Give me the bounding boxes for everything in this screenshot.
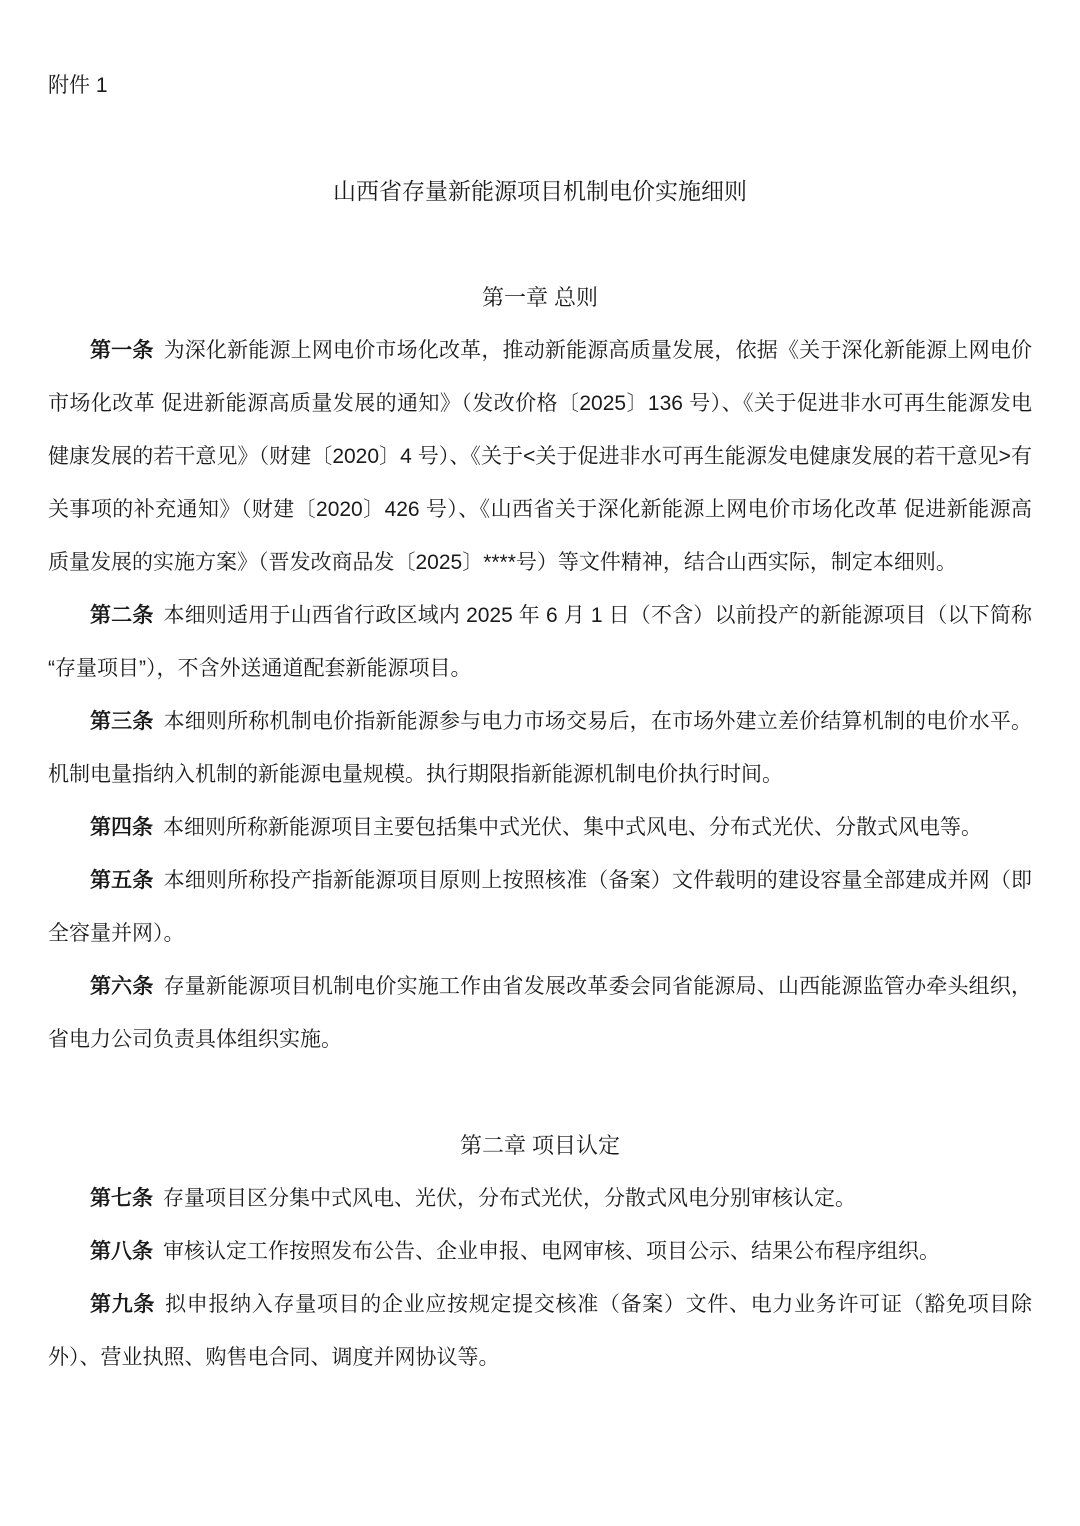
article-6: 第六条存量新能源项目机制电价实施工作由省发展改革委会同省能源局、山西能源监管办牵… xyxy=(48,960,1032,1066)
article-9-text: 拟申报纳入存量项目的企业应按规定提交核准（备案）文件、电力业务许可证（豁免项目除… xyxy=(48,1293,1032,1369)
article-7-label: 第七条 xyxy=(90,1187,153,1210)
article-3-label: 第三条 xyxy=(90,710,154,733)
article-5-label: 第五条 xyxy=(90,869,154,892)
chapter-2-heading: 第二章 项目认定 xyxy=(48,1119,1032,1172)
attachment-label: 附件 1 xyxy=(48,59,1032,112)
article-9: 第九条拟申报纳入存量项目的企业应按规定提交核准（备案）文件、电力业务许可证（豁免… xyxy=(48,1278,1032,1384)
article-3-text: 本细则所称机制电价指新能源参与电力市场交易后，在市场外建立差价结算机制的电价水平… xyxy=(48,710,1032,786)
article-7: 第七条存量项目区分集中式风电、光伏，分布式光伏，分散式风电分别审核认定。 xyxy=(48,1172,1032,1225)
article-8-label: 第八条 xyxy=(90,1240,153,1263)
article-2-text: 本细则适用于山西省行政区域内 2025 年 6 月 1 日（不含）以前投产的新能… xyxy=(48,604,1032,680)
blank-line xyxy=(48,1066,1032,1119)
chapter-1-heading: 第一章 总则 xyxy=(48,271,1032,324)
article-9-label: 第九条 xyxy=(90,1293,155,1316)
article-4-text: 本细则所称新能源项目主要包括集中式光伏、集中式风电、分布式光伏、分散式风电等。 xyxy=(163,816,982,839)
article-8-text: 审核认定工作按照发布公告、企业申报、电网审核、项目公示、结果公布程序组织。 xyxy=(163,1240,940,1263)
article-4-label: 第四条 xyxy=(90,816,153,839)
article-7-text: 存量项目区分集中式风电、光伏，分布式光伏，分散式风电分别审核认定。 xyxy=(163,1187,856,1210)
document-title: 山西省存量新能源项目机制电价实施细则 xyxy=(48,165,1032,218)
article-6-label: 第六条 xyxy=(90,975,154,998)
article-6-text: 存量新能源项目机制电价实施工作由省发展改革委会同省能源局、山西能源监管办牵头组织… xyxy=(48,975,1032,1051)
article-2-label: 第二条 xyxy=(90,604,154,627)
blank-line xyxy=(48,218,1032,271)
article-1-label: 第一条 xyxy=(90,339,154,362)
article-4: 第四条本细则所称新能源项目主要包括集中式光伏、集中式风电、分布式光伏、分散式风电… xyxy=(48,801,1032,854)
article-5: 第五条本细则所称投产指新能源项目原则上按照核准（备案）文件载明的建设容量全部建成… xyxy=(48,854,1032,960)
article-8: 第八条审核认定工作按照发布公告、企业申报、电网审核、项目公示、结果公布程序组织。 xyxy=(48,1225,1032,1278)
article-3: 第三条本细则所称机制电价指新能源参与电力市场交易后，在市场外建立差价结算机制的电… xyxy=(48,695,1032,801)
article-5-text: 本细则所称投产指新能源项目原则上按照核准（备案）文件载明的建设容量全部建成并网（… xyxy=(48,869,1032,945)
article-1: 第一条为深化新能源上网电价市场化改革，推动新能源高质量发展，依据《关于深化新能源… xyxy=(48,324,1032,589)
article-2: 第二条本细则适用于山西省行政区域内 2025 年 6 月 1 日（不含）以前投产… xyxy=(48,589,1032,695)
document-page: 附件 1 山西省存量新能源项目机制电价实施细则 第一章 总则 第一条为深化新能源… xyxy=(0,0,1080,1526)
article-1-text: 为深化新能源上网电价市场化改革，推动新能源高质量发展，依据《关于深化新能源上网电… xyxy=(48,339,1032,574)
blank-line xyxy=(48,112,1032,165)
